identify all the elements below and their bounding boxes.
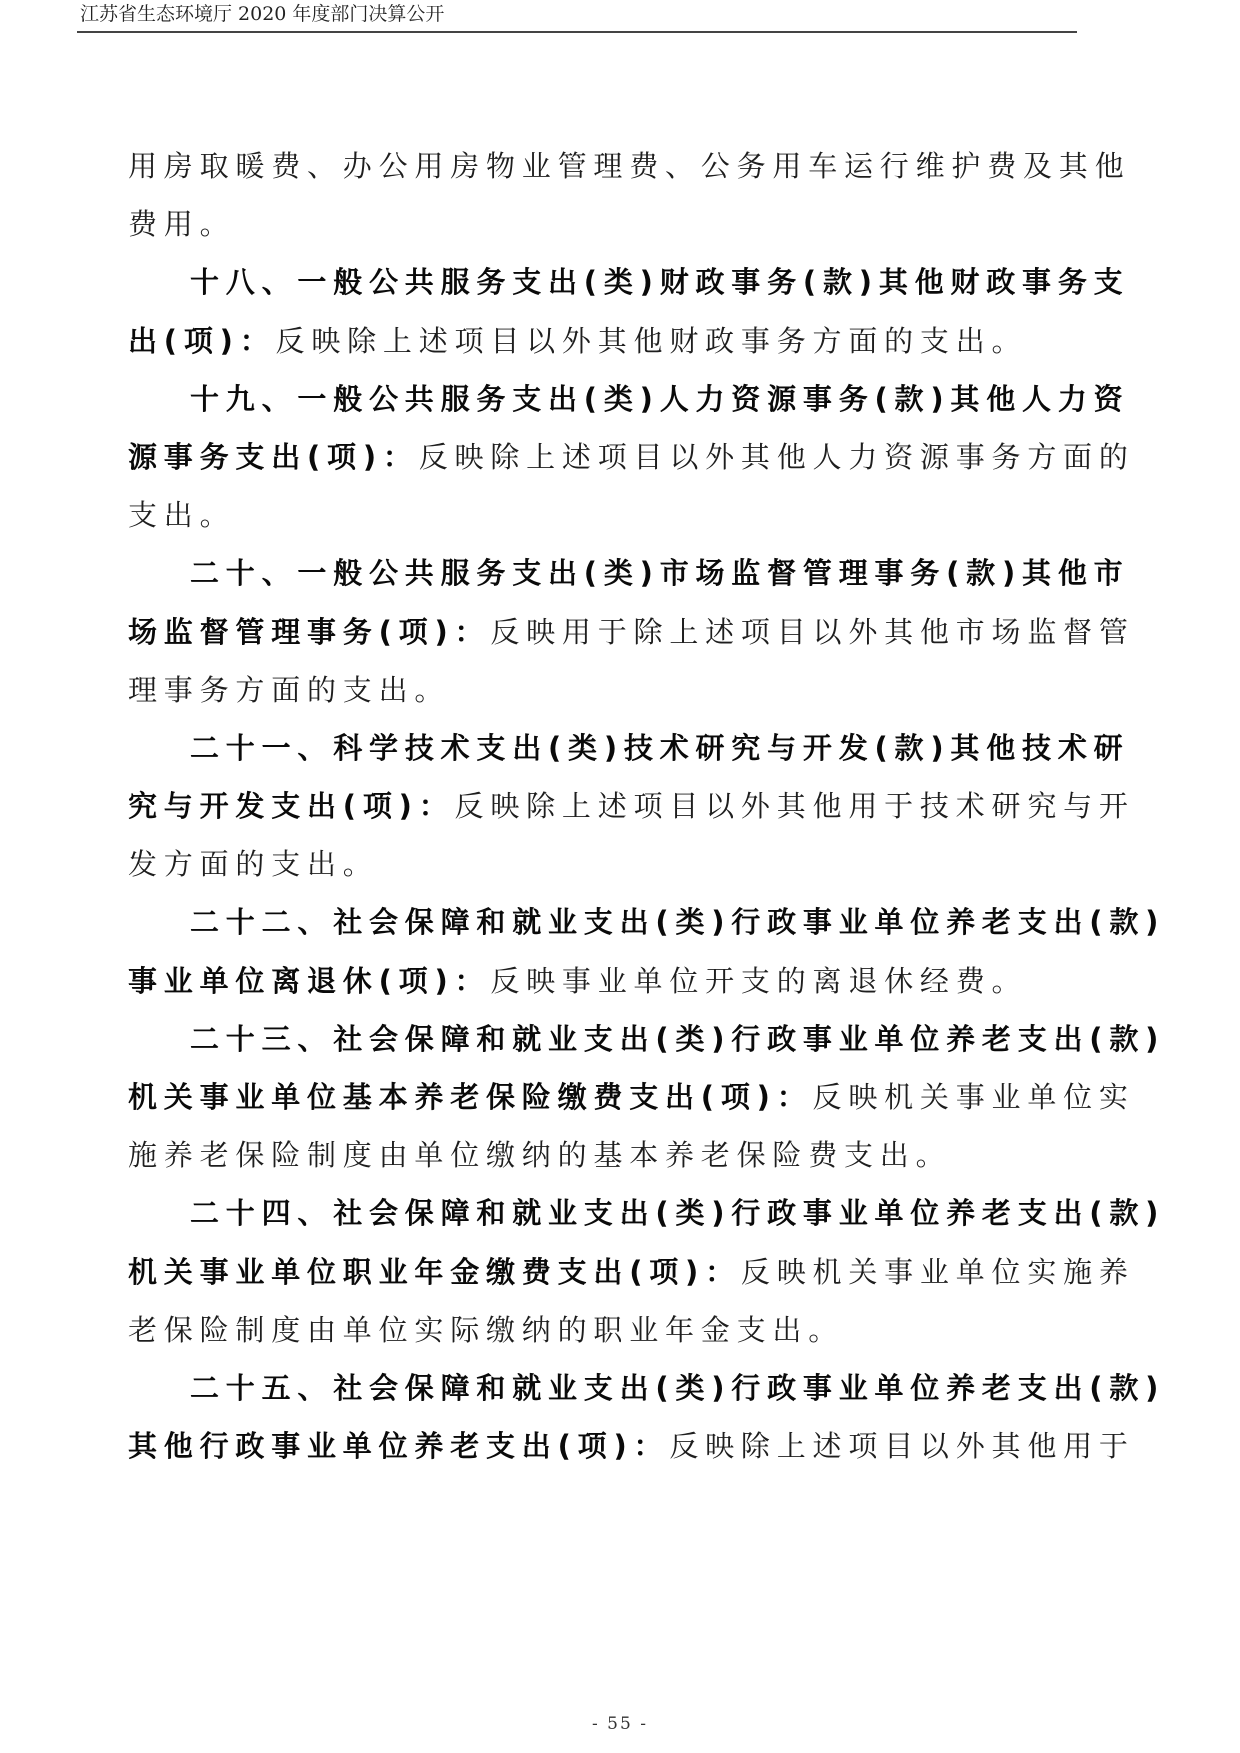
body-text: 反映事业单位开支的离退休经费。 — [490, 964, 1027, 998]
body-text: 费用。 — [128, 207, 235, 241]
bold-heading: 其他行政事业单位养老支出(项)： — [128, 1429, 669, 1463]
body-text: 反映除上述项目以外其他用于 — [669, 1429, 1134, 1463]
body-text: 反映用于除上述项目以外其他市场监督管 — [490, 615, 1134, 649]
bold-heading: 机关事业单位基本养老保险缴费支出(项)： — [128, 1080, 813, 1114]
body-text: 用房取暖费、办公用房物业管理费、公务用车运行维护费及其他 — [128, 149, 1130, 183]
text-line: 机关事业单位基本养老保险缴费支出(项)：反映机关事业单位实 — [128, 1068, 1112, 1126]
text-line: 源事务支出(项)：反映除上述项目以外其他人力资源事务方面的 — [128, 428, 1112, 486]
text-line: 场监督管理事务(项)：反映用于除上述项目以外其他市场监督管 — [128, 603, 1112, 661]
body-text: 反映除上述项目以外其他用于技术研究与开 — [455, 789, 1135, 823]
text-line: 二十三、社会保障和就业支出(类)行政事业单位养老支出(款) — [128, 1010, 1112, 1068]
bold-heading: 十九、一般公共服务支出(类)人力资源事务(款)其他人力资 — [190, 382, 1129, 416]
body-text: 理事务方面的支出。 — [128, 673, 450, 707]
bold-heading: 出(项)： — [128, 324, 276, 358]
bold-heading: 场监督管理事务(项)： — [128, 615, 490, 649]
bold-heading: 机关事业单位职业年金缴费支出(项)： — [128, 1255, 741, 1289]
text-line: 二十、一般公共服务支出(类)市场监督管理事务(款)其他市 — [128, 544, 1112, 602]
text-line: 用房取暖费、办公用房物业管理费、公务用车运行维护费及其他 — [128, 137, 1112, 195]
body-text: 老保险制度由单位实际缴纳的职业年金支出。 — [128, 1313, 844, 1347]
bold-heading: 二十二、社会保障和就业支出(类)行政事业单位养老支出(款) — [190, 905, 1165, 939]
page-number: - 55 - — [0, 1714, 1240, 1734]
bold-heading: 源事务支出(项)： — [128, 440, 419, 474]
text-line: 十九、一般公共服务支出(类)人力资源事务(款)其他人力资 — [128, 370, 1112, 428]
text-line: 费用。 — [128, 195, 1112, 253]
bold-heading: 究与开发支出(项)： — [128, 789, 455, 823]
text-line: 十八、一般公共服务支出(类)财政事务(款)其他财政事务支 — [128, 253, 1112, 311]
text-line: 事业单位离退休(项)：反映事业单位开支的离退休经费。 — [128, 952, 1112, 1010]
body-text: 反映机关事业单位实施养 — [741, 1255, 1135, 1289]
bold-heading: 二十一、科学技术支出(类)技术研究与开发(款)其他技术研 — [190, 731, 1129, 765]
text-line: 支出。 — [128, 486, 1112, 544]
body-text: 反映除上述项目以外其他人力资源事务方面的 — [419, 440, 1135, 474]
document-title: 江苏省生态环境厅 2020 年度部门决算公开 — [80, 3, 444, 25]
body-text: 支出。 — [128, 498, 235, 532]
text-line: 施养老保险制度由单位缴纳的基本养老保险费支出。 — [128, 1126, 1112, 1184]
text-line: 老保险制度由单位实际缴纳的职业年金支出。 — [128, 1301, 1112, 1359]
bold-heading: 二十四、社会保障和就业支出(类)行政事业单位养老支出(款) — [190, 1196, 1165, 1230]
bold-heading: 事业单位离退休(项)： — [128, 964, 490, 998]
bold-heading: 十八、一般公共服务支出(类)财政事务(款)其他财政事务支 — [190, 265, 1129, 299]
text-line: 其他行政事业单位养老支出(项)：反映除上述项目以外其他用于 — [128, 1417, 1112, 1475]
text-line: 理事务方面的支出。 — [128, 661, 1112, 719]
text-line: 机关事业单位职业年金缴费支出(项)：反映机关事业单位实施养 — [128, 1243, 1112, 1301]
body-text: 发方面的支出。 — [128, 847, 379, 881]
text-line: 究与开发支出(项)：反映除上述项目以外其他用于技术研究与开 — [128, 777, 1112, 835]
body-text: 反映机关事业单位实 — [813, 1080, 1135, 1114]
bold-heading: 二十三、社会保障和就业支出(类)行政事业单位养老支出(款) — [190, 1022, 1165, 1056]
bold-heading: 二十、一般公共服务支出(类)市场监督管理事务(款)其他市 — [190, 556, 1129, 590]
page-header: 江苏省生态环境厅 2020 年度部门决算公开 — [77, 0, 1077, 33]
text-line: 出(项)：反映除上述项目以外其他财政事务方面的支出。 — [128, 312, 1112, 370]
text-line: 二十一、科学技术支出(类)技术研究与开发(款)其他技术研 — [128, 719, 1112, 777]
body-text: 施养老保险制度由单位缴纳的基本养老保险费支出。 — [128, 1138, 951, 1172]
text-line: 发方面的支出。 — [128, 835, 1112, 893]
bold-heading: 二十五、社会保障和就业支出(类)行政事业单位养老支出(款) — [190, 1371, 1165, 1405]
body-text: 反映除上述项目以外其他财政事务方面的支出。 — [276, 324, 1028, 358]
text-line: 二十五、社会保障和就业支出(类)行政事业单位养老支出(款) — [128, 1359, 1112, 1417]
text-line: 二十四、社会保障和就业支出(类)行政事业单位养老支出(款) — [128, 1184, 1112, 1242]
document-body: 用房取暖费、办公用房物业管理费、公务用车运行维护费及其他 费用。 十八、一般公共… — [128, 137, 1112, 1475]
text-line: 二十二、社会保障和就业支出(类)行政事业单位养老支出(款) — [128, 893, 1112, 951]
